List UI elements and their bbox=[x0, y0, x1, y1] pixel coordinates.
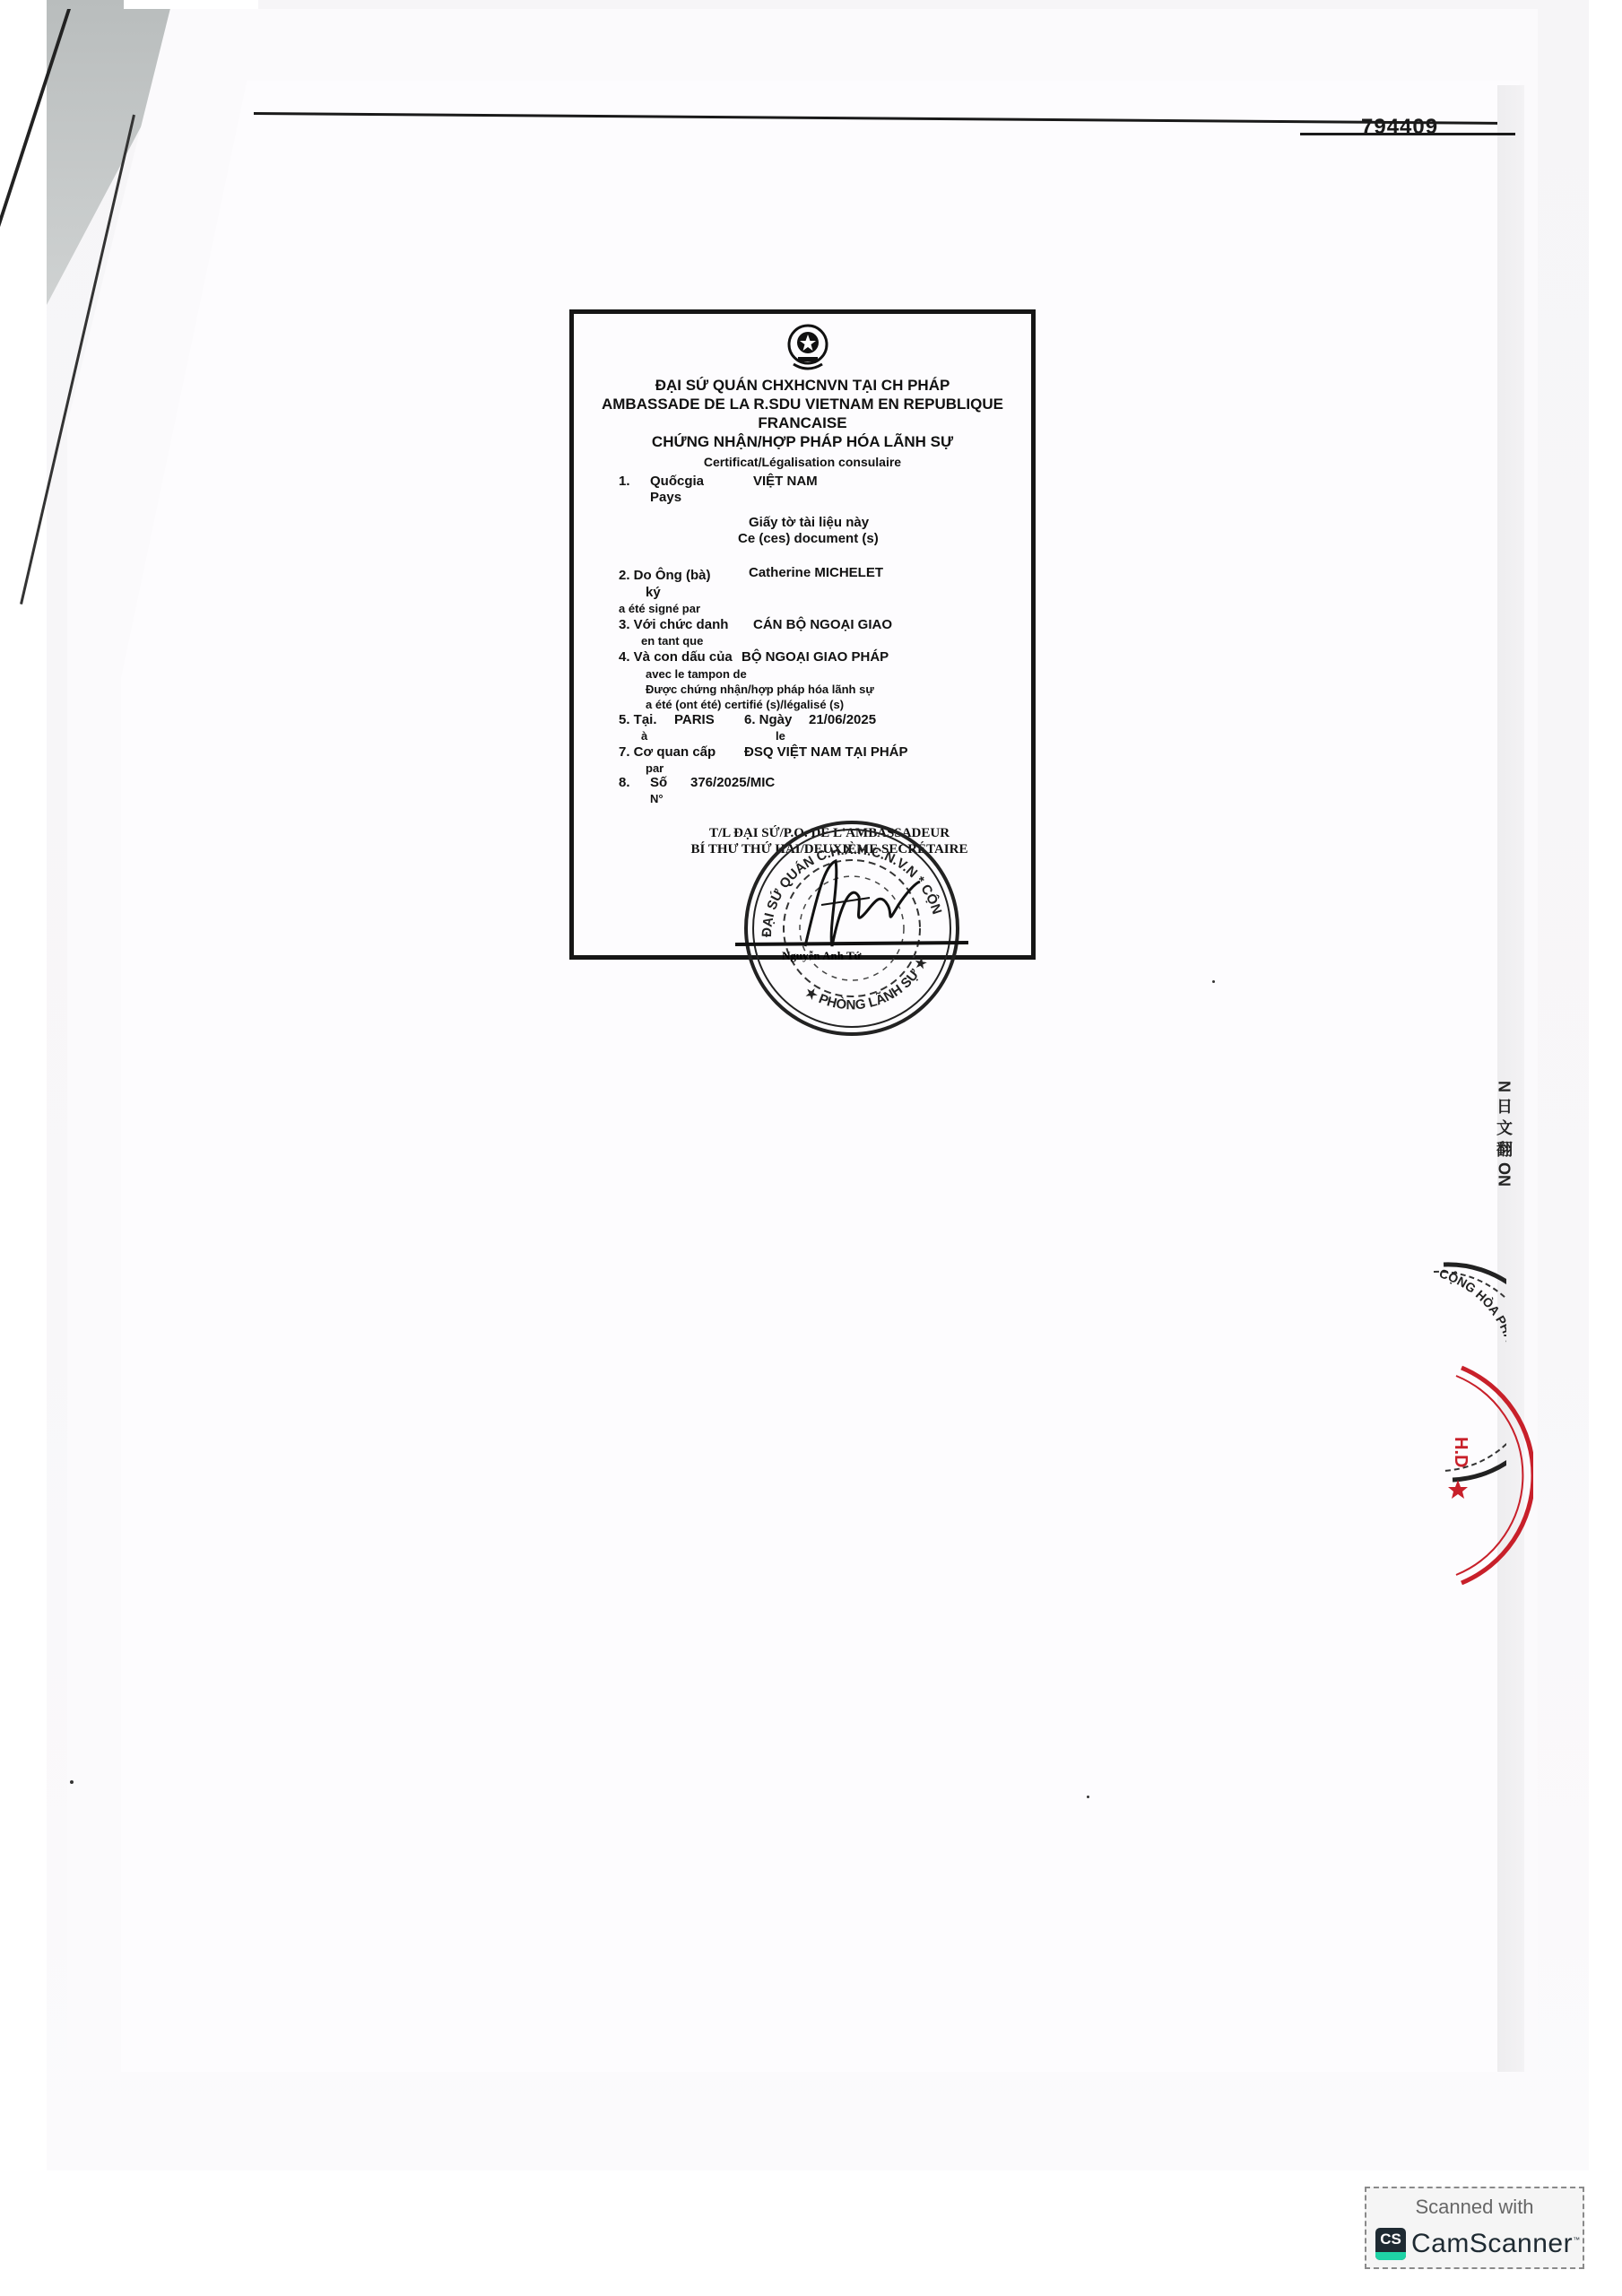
field-6-label-vi: 6. Ngày bbox=[744, 712, 792, 728]
camscanner-logo-icon: CS bbox=[1375, 2228, 1406, 2260]
camscanner-watermark: Scanned with CS CamScanner™ bbox=[1365, 2187, 1584, 2269]
signer-name: Nguyễn Anh Tứ bbox=[782, 949, 862, 963]
field-3-value: CÁN BỘ NGOẠI GIAO bbox=[753, 617, 892, 633]
side-mark-3: 文 bbox=[1492, 1119, 1515, 1135]
title-fr: Certificat/Légalisation consulaire bbox=[574, 453, 1031, 471]
scanned-with-label: Scanned with bbox=[1366, 2196, 1583, 2219]
header-fr-line2: FRANCAISE bbox=[574, 414, 1031, 432]
side-mark-2: 日 bbox=[1492, 1098, 1515, 1114]
document-label-vi: Giấy tờ tài liệu này bbox=[749, 515, 869, 531]
field-4-label-fr: avec le tampon de bbox=[646, 666, 747, 683]
certified-label-vi: Được chứng nhận/hợp pháp hóa lãnh sự bbox=[646, 682, 874, 698]
field-2-label-vi: 2. Do Ông (bà) bbox=[619, 568, 711, 584]
logo-text: CS bbox=[1380, 2231, 1401, 2248]
scan-speck bbox=[70, 1780, 74, 1784]
field-2-value: Catherine MICHELET bbox=[749, 565, 883, 581]
side-seal-text: CỘNG HÒA PHÁP ★ bbox=[1437, 1265, 1506, 1366]
top-paper-tab bbox=[124, 0, 258, 9]
field-2-label-vi-2: ký bbox=[646, 585, 661, 601]
document-number: 794409 bbox=[1361, 115, 1438, 140]
certified-label-fr: a été (ont été) certifié (s)/légalisé (s… bbox=[646, 697, 844, 713]
svg-text:CỘNG HÒA PHÁP ★: CỘNG HÒA PHÁP ★ bbox=[1437, 1265, 1506, 1366]
scan-speck bbox=[1087, 1796, 1089, 1798]
field-5-label-fr: à bbox=[641, 728, 647, 744]
title-vi: CHỨNG NHẬN/HỢP PHÁP HÓA LÃNH SỰ bbox=[574, 433, 1031, 451]
field-8-number: 8. bbox=[619, 775, 630, 791]
camscanner-brand: CamScanner™ bbox=[1411, 2229, 1581, 2259]
consular-seal-icon: ĐẠI SỨ QUÁN C.H.X.H.C.N.V.N * CỘNG HÒA P… bbox=[735, 812, 968, 1045]
field-5-value: PARIS bbox=[674, 712, 715, 728]
field-1-number: 1. bbox=[619, 474, 630, 490]
national-emblem-icon bbox=[785, 323, 831, 373]
side-mark-5: ON bbox=[1495, 1162, 1514, 1187]
scan-speck bbox=[1212, 980, 1215, 983]
field-6-label-fr: le bbox=[776, 728, 785, 744]
field-7-value: ĐSQ VIỆT NAM TẠI PHÁP bbox=[744, 744, 908, 761]
field-3-label-vi: 3. Với chức danh bbox=[619, 617, 728, 633]
field-5-label-vi: 5. Tại. bbox=[619, 712, 657, 728]
field-8-label-vi: Số bbox=[650, 775, 667, 791]
partial-red-seal-icon: H.D bbox=[1435, 1363, 1533, 1587]
header-vi: ĐẠI SỨ QUÁN CHXHCNVN TẠI CH PHÁP bbox=[574, 377, 1031, 395]
field-4-label-vi: 4. Và con dấu của bbox=[619, 649, 733, 665]
document-number-rule bbox=[1300, 133, 1515, 135]
field-1-label-vi: Quốcgia bbox=[650, 474, 704, 490]
field-1-label-fr: Pays bbox=[650, 490, 681, 506]
field-1-value: VIỆT NAM bbox=[753, 474, 818, 490]
page-right-strip bbox=[1497, 85, 1524, 2072]
header-fr-line1: AMBASSADE DE LA R.SDU VIETNAM EN REPUBLI… bbox=[574, 396, 1031, 413]
side-mark-1: N bbox=[1495, 1081, 1514, 1092]
field-6-value: 21/06/2025 bbox=[809, 712, 876, 728]
side-mark-4: 翻 bbox=[1492, 1141, 1515, 1157]
trademark: ™ bbox=[1573, 2236, 1581, 2244]
field-8-value: 376/2025/MIC bbox=[690, 775, 775, 791]
field-3-label-fr: en tant que bbox=[641, 633, 703, 649]
field-2-label-fr: a été signé par bbox=[619, 601, 700, 617]
field-7-label-vi: 7. Cơ quan cấp bbox=[619, 744, 716, 761]
field-4-value: BỘ NGOẠI GIAO PHÁP bbox=[742, 649, 889, 665]
document-label-fr: Ce (ces) document (s) bbox=[738, 531, 879, 547]
brand-text: CamScanner bbox=[1411, 2229, 1573, 2258]
field-8-label-fr: N° bbox=[650, 791, 664, 807]
red-seal-text: H.D bbox=[1451, 1437, 1470, 1467]
